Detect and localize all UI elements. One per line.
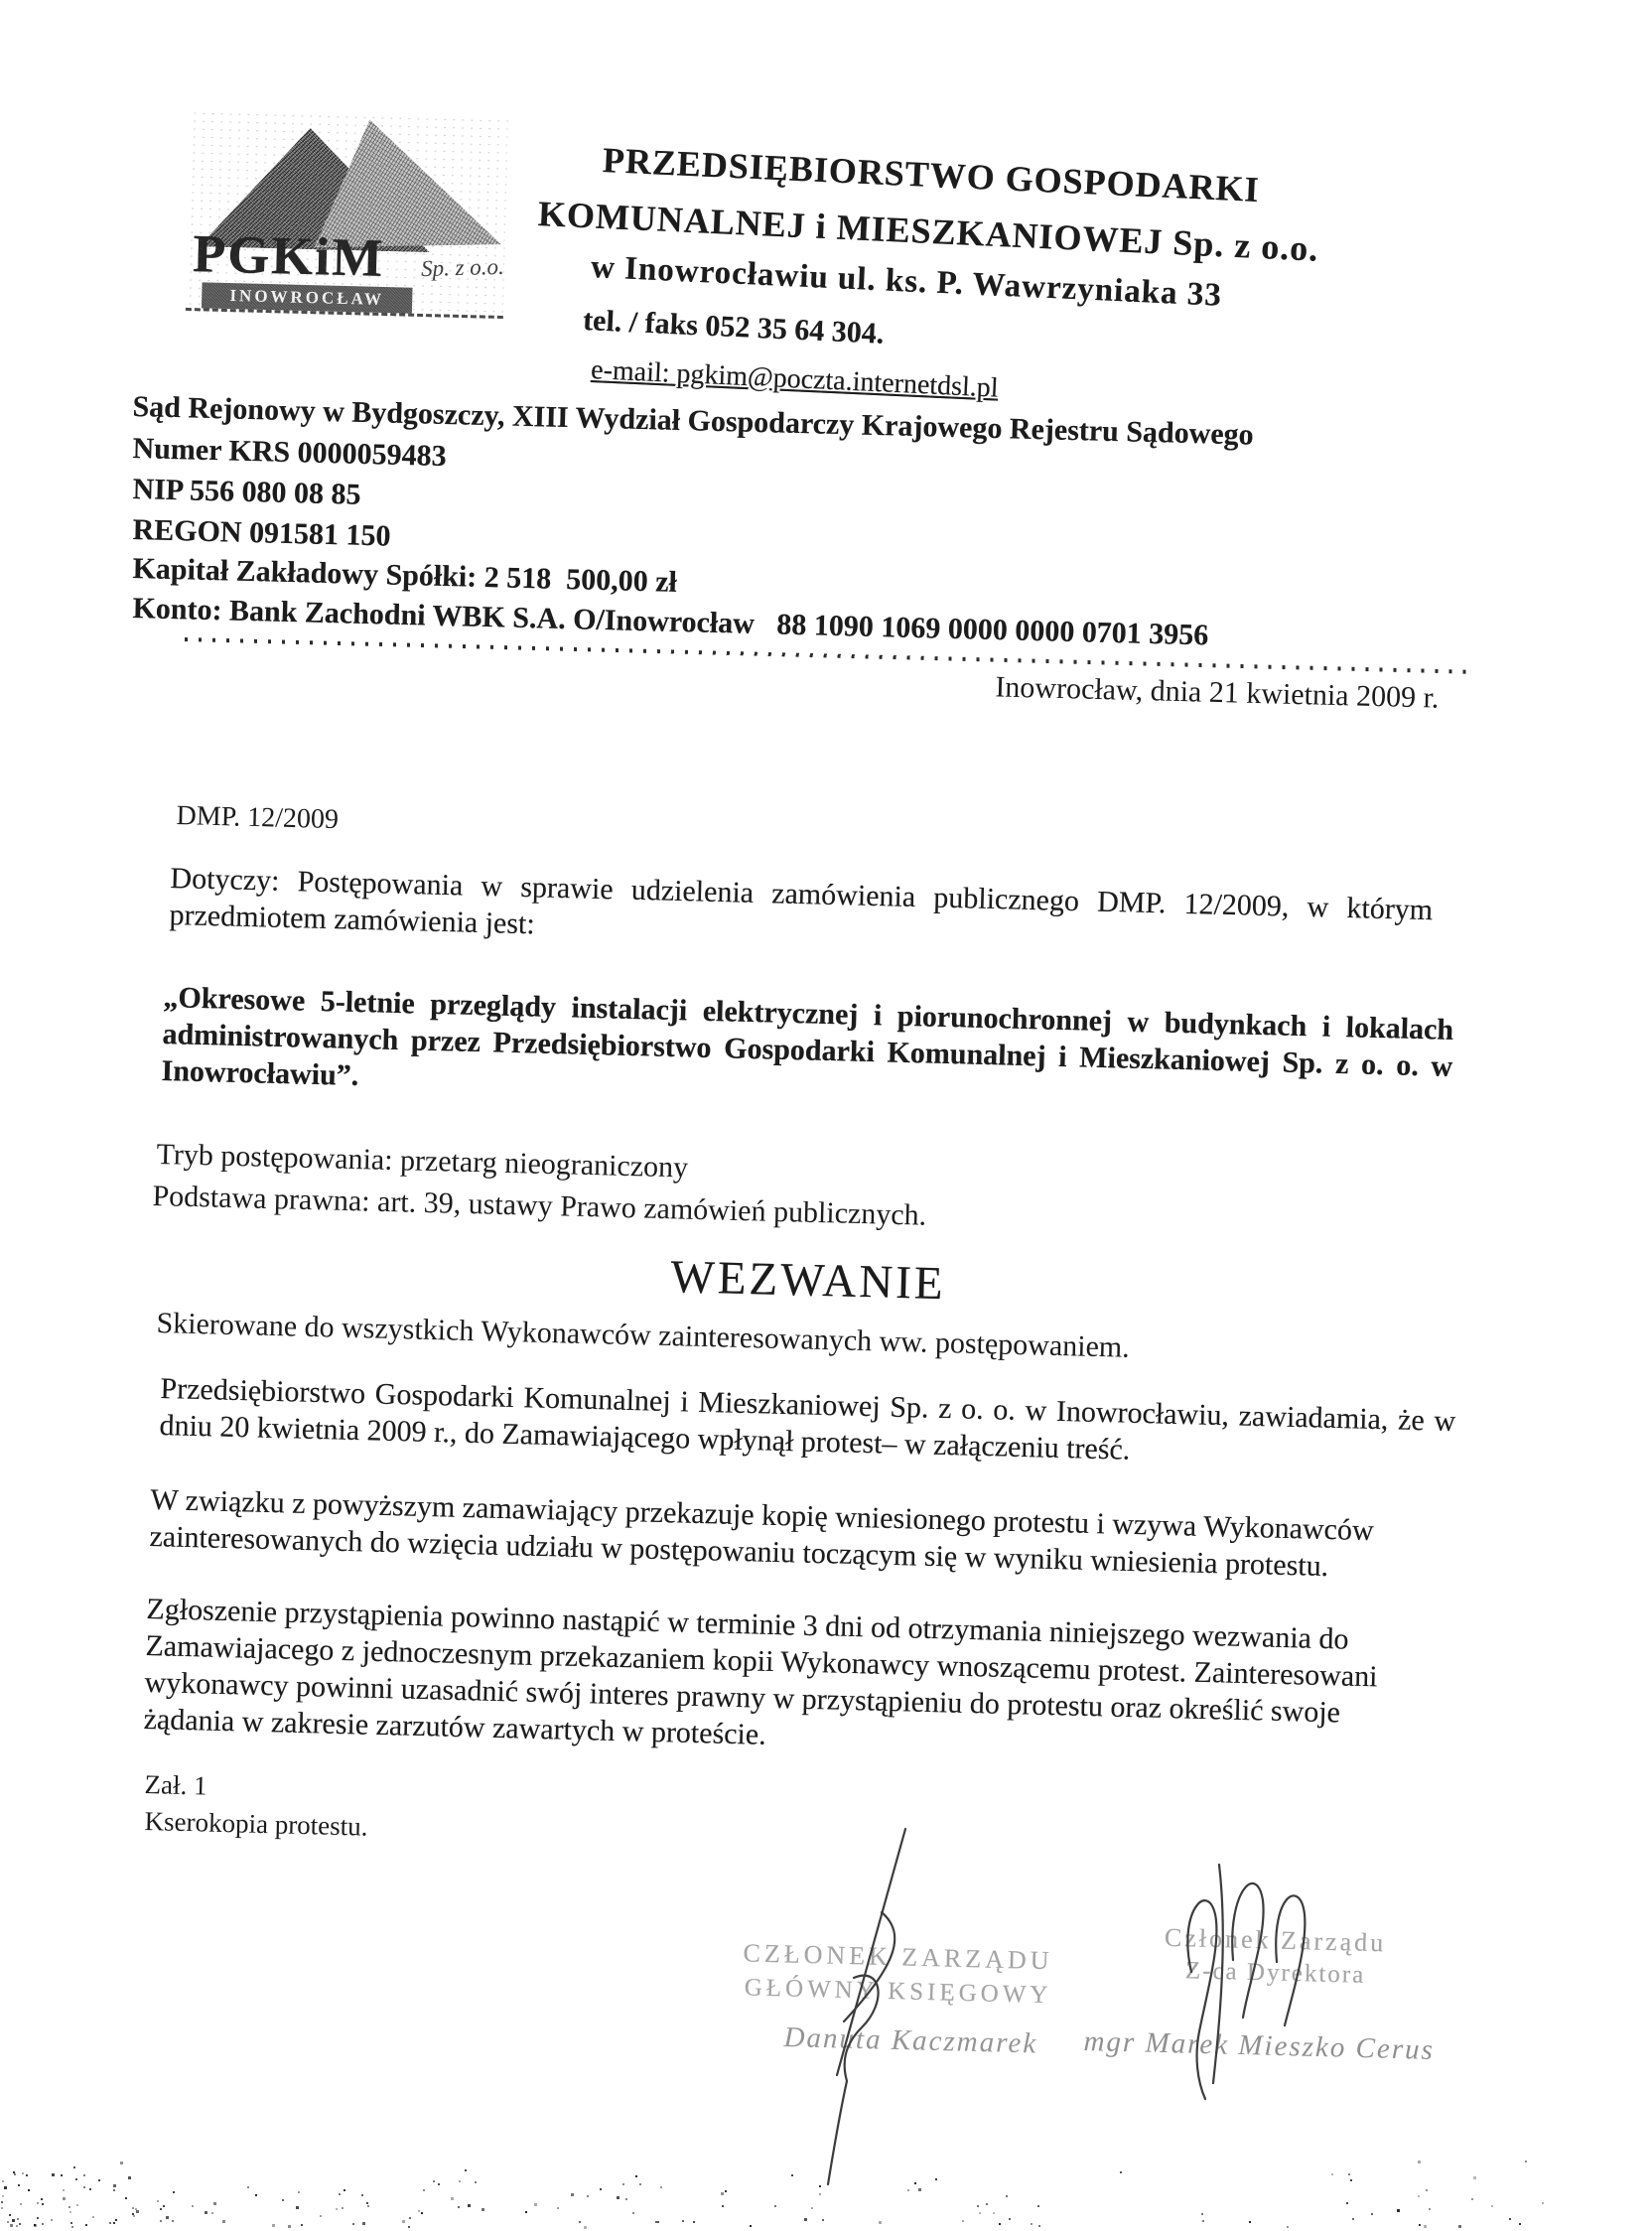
attachment-label: Zał. 1 <box>144 1769 207 1802</box>
attachment-description: Kserokopia protestu. <box>144 1806 368 1843</box>
letterhead-phone-line: tel. / faks 052 35 64 304. <box>582 304 885 351</box>
heading-subtitle: Skierowane do wszystkich Wykonawców zain… <box>156 1307 1130 1365</box>
stamp-right-role-line2: Z-ca Dyrektora <box>1136 1956 1415 1991</box>
letterhead-email-line: e-mail: pgkim@poczta.internetdsl.pl <box>591 354 1000 405</box>
registry-regon-line: REGON 091581 150 <box>132 513 391 554</box>
stamp-left-name: Danuta Kaczmarek <box>783 2022 1037 2060</box>
registry-capital-line: Kapitał Zakładowy Spółki: 2 518 500,00 z… <box>132 552 677 600</box>
dateline: Inowrocław, dnia 21 kwietnia 2009 r. <box>942 669 1440 716</box>
procedure-mode-line: Tryb postępowania: przetarg nieograniczo… <box>156 1138 688 1185</box>
registry-nip-line: NIP 556 080 08 85 <box>132 473 361 512</box>
registry-krs-line: Numer KRS 0000059483 <box>132 432 447 474</box>
company-logo: PGKiM INOWROCŁAW Sp. z o.o. <box>186 109 508 320</box>
subject-quote: „Okresowe 5-letnie przeglądy instalacji … <box>161 979 1453 1122</box>
scan-noise <box>0 2141 1652 2231</box>
stamp-right-name: mgr Marek Mieszko Cerus <box>1083 2025 1435 2067</box>
legal-basis-line: Podstawa prawna: art. 39, ustawy Prawo z… <box>152 1180 926 1233</box>
reference-number: DMP. 12/2009 <box>176 800 339 836</box>
stamp-right-role-line1: Członek Zarządu <box>1136 1922 1415 1959</box>
logo-scan-speckle <box>186 109 508 320</box>
stamp-left-role-line1: CZŁONEK ZARZĄDU <box>729 1938 1067 1977</box>
body-paragraph-1: Przedsiębiorstwo Gospodarki Komunalnej i… <box>159 1370 1455 1476</box>
body-paragraph-2: W związku z powyższym zamawiający przeka… <box>149 1481 1411 1587</box>
subject-intro: Dotyczy: Postępowania w sprawie udzielen… <box>169 860 1433 965</box>
stamp-left-role-line2: GŁÓWNY KSIĘGOWY <box>729 1974 1067 2011</box>
body-paragraph-3: Zgłoszenie przystąpienia powinno nastąpi… <box>143 1591 1427 1770</box>
scanned-letter-page: { "page": { "background": "#ffffff", "in… <box>0 0 1652 2231</box>
